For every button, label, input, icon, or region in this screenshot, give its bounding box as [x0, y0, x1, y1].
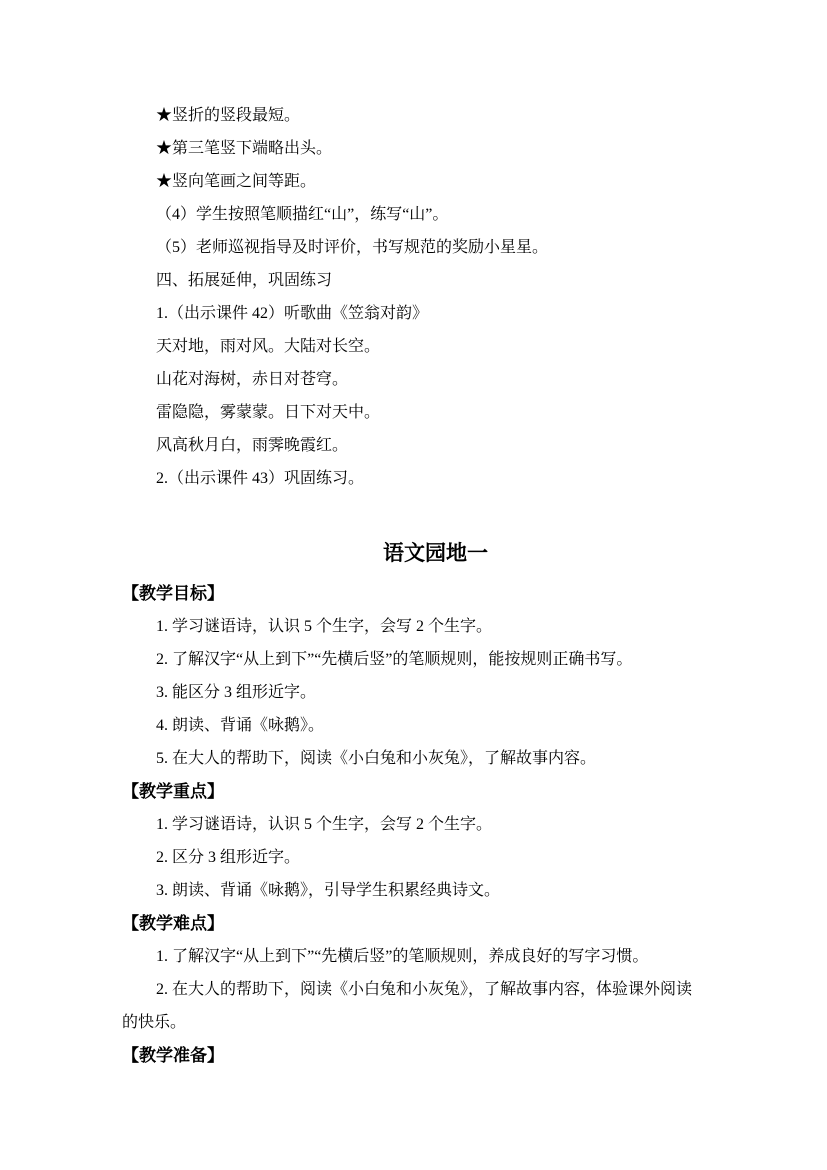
objective-item: 4. 朗读、背诵《咏鹅》。	[122, 709, 707, 742]
key-point-item: 1. 学习谜语诗，认识 5 个生字，会写 2 个生字。	[122, 808, 707, 841]
objective-item: 1. 学习谜语诗，认识 5 个生字，会写 2 个生字。	[122, 610, 707, 643]
difficulties-heading: 【教学难点】	[122, 907, 707, 940]
section-four-title: 四、拓展延伸，巩固练习	[122, 264, 707, 297]
difficulty-item: 1. 了解汉字“从上到下”“先横后竖”的笔顺规则，养成良好的写字习惯。	[122, 940, 707, 973]
preparation-heading: 【教学准备】	[122, 1039, 707, 1072]
lesson-title: 语文园地一	[122, 537, 707, 570]
writing-tip-line: ★竖向笔画之间等距。	[122, 165, 707, 198]
poem-line: 风高秋月白，雨霁晚霞红。	[122, 429, 707, 462]
objective-item: 5. 在大人的帮助下，阅读《小白兔和小灰兔》，了解故事内容。	[122, 742, 707, 775]
objectives-heading: 【教学目标】	[122, 577, 707, 610]
key-points-heading: 【教学重点】	[122, 775, 707, 808]
writing-tip-line: ★竖折的竖段最短。	[122, 99, 707, 132]
poem-line: 雷隐隐，雾蒙蒙。日下对天中。	[122, 396, 707, 429]
previous-lesson-section: ★竖折的竖段最短。 ★第三笔竖下端略出头。 ★竖向笔画之间等距。 （4）学生按照…	[122, 99, 707, 495]
poem-line: 天对地，雨对风。大陆对长空。	[122, 330, 707, 363]
objective-item: 3. 能区分 3 组形近字。	[122, 676, 707, 709]
new-lesson-section: 语文园地一 【教学目标】 1. 学习谜语诗，认识 5 个生字，会写 2 个生字。…	[122, 537, 707, 1072]
objective-item: 2. 了解汉字“从上到下”“先横后竖”的笔顺规则，能按规则正确书写。	[122, 643, 707, 676]
writing-tip-line: ★第三笔竖下端略出头。	[122, 132, 707, 165]
document-page: ★竖折的竖段最短。 ★第三笔竖下端略出头。 ★竖向笔画之间等距。 （4）学生按照…	[0, 0, 827, 1170]
activity-song-line: 1.（出示课件 42）听歌曲《笠翁对韵》	[122, 297, 707, 330]
activity-practice-line: 2.（出示课件 43）巩固练习。	[122, 462, 707, 495]
teaching-step-line: （5）老师巡视指导及时评价，书写规范的奖励小星星。	[122, 231, 707, 264]
teaching-step-line: （4）学生按照笔顺描红“山”，练写“山”。	[122, 198, 707, 231]
difficulty-item: 2. 在大人的帮助下，阅读《小白兔和小灰兔》，了解故事内容，体验课外阅读的快乐。	[122, 973, 707, 1039]
poem-line: 山花对海树，赤日对苍穹。	[122, 363, 707, 396]
key-point-item: 3. 朗读、背诵《咏鹅》，引导学生积累经典诗文。	[122, 874, 707, 907]
key-point-item: 2. 区分 3 组形近字。	[122, 841, 707, 874]
